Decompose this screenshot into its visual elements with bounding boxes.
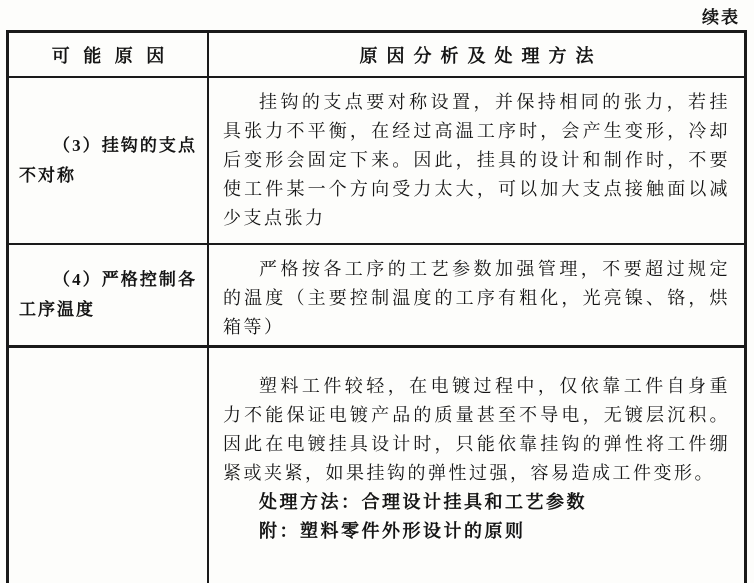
row-2-analysis-text: 严格按各工序的工艺参数加强管理，不要超过规定的温度（主要控制温度的工序有粗化，光… (223, 255, 730, 342)
row-2-analysis-cell: 严格按各工序的工艺参数加强管理，不要超过规定的温度（主要控制温度的工序有粗化，光… (209, 245, 744, 348)
row-1-cause-cell: （3）挂钩的支点不对称 (9, 78, 209, 245)
row-3-analysis-cell: 塑料工件较轻，在电镀过程中，仅依靠工件自身重力不能保证电镀产品的质量甚至不导电，… (209, 348, 744, 583)
row-1-analysis-text: 挂钩的支点要对称设置，并保持相同的张力，若挂具张力不平衡，在经过高温工序时，会产… (223, 88, 730, 233)
header-possible-cause: 可能原因 (9, 33, 209, 78)
row-1-analysis-cell: 挂钩的支点要对称设置，并保持相同的张力，若挂具张力不平衡，在经过高温工序时，会产… (209, 78, 744, 245)
row-1-cause-text: （3）挂钩的支点不对称 (19, 131, 197, 191)
header-analysis-method: 原因分析及处理方法 (209, 33, 744, 78)
row-2-cause-cell: （4）严格控制各工序温度 (9, 245, 209, 348)
row-3-appendix-text: 附：塑料零件外形设计的原则 (223, 517, 730, 546)
continued-table-label: 续表 (702, 3, 740, 28)
row-3-treatment-text: 处理方法：合理设计挂具和工艺参数 (223, 488, 730, 517)
row-3-analysis-text: 塑料工件较轻，在电镀过程中，仅依靠工件自身重力不能保证电镀产品的质量甚至不导电，… (223, 372, 730, 488)
row-2-cause-text: （4）严格控制各工序温度 (19, 265, 197, 325)
document-page: 续表 可能原因 原因分析及处理方法 （3）挂钩的支点不对称 挂钩的支点要对称设置… (0, 0, 754, 583)
row-3-cause-cell-empty (9, 348, 209, 583)
troubleshooting-table: 可能原因 原因分析及处理方法 （3）挂钩的支点不对称 挂钩的支点要对称设置，并保… (6, 30, 747, 583)
